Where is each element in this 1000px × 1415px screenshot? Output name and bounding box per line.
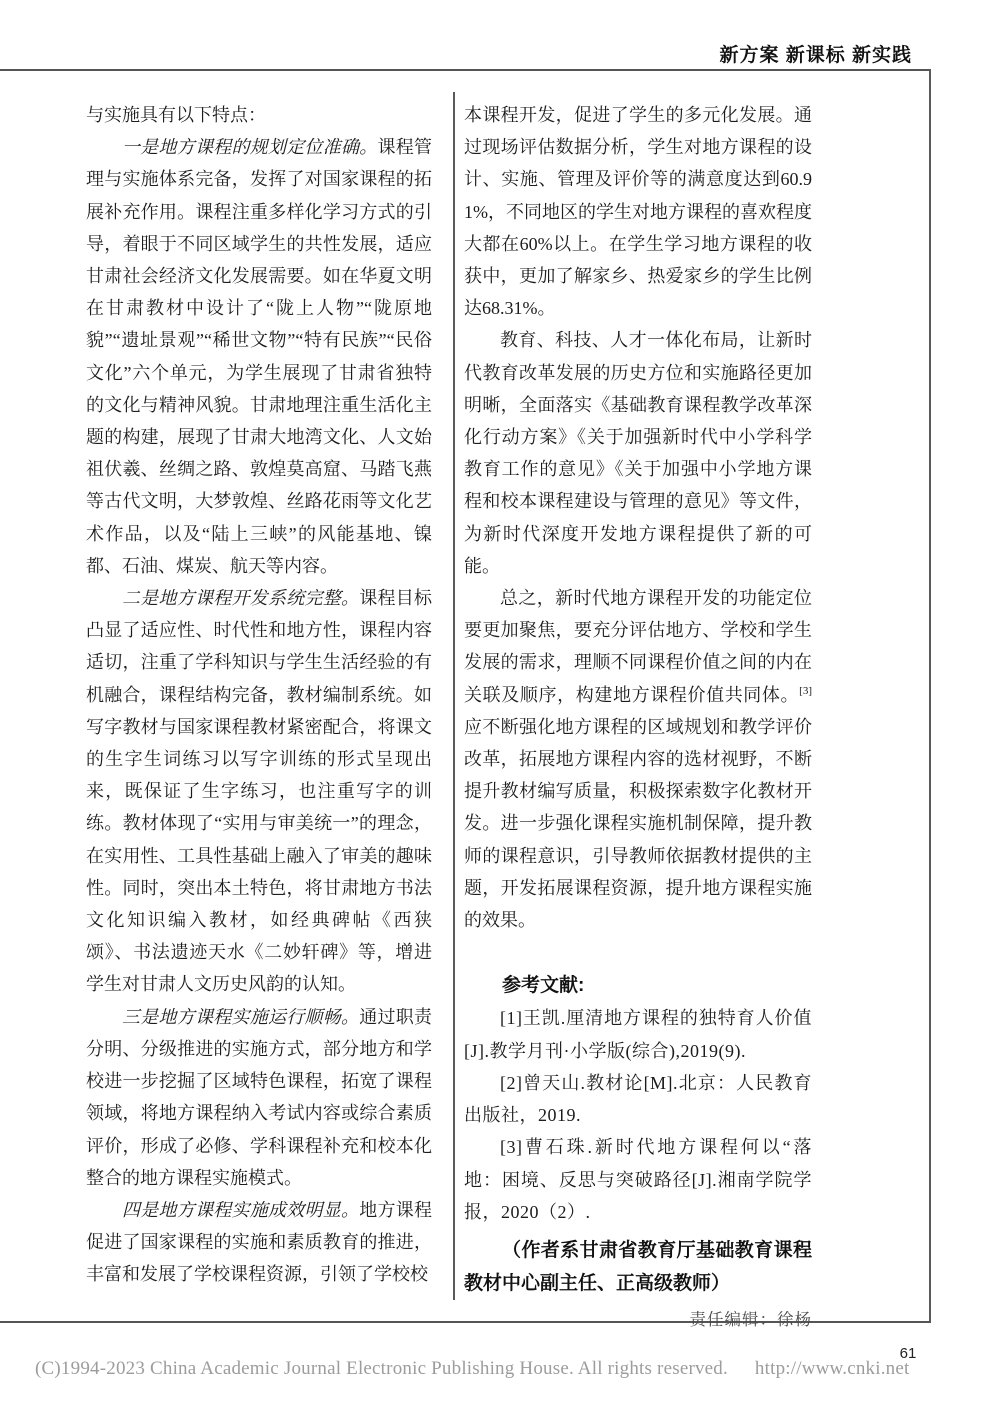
- right-border-rule: [929, 69, 931, 1323]
- text-segment: 应不断强化地方课程的区域规划和教学评价改革，拓展地方课程内容的选材视野，不断提升…: [464, 717, 812, 930]
- paragraph: 一是地方课程的规划定位准确。课程管理与实施体系完备，发挥了对国家课程的拓展补充作…: [86, 131, 432, 582]
- text-segment: 课程目标凸显了适应性、时代性和地方性，课程内容适切，注重了学科知识与学生生活经验…: [86, 588, 432, 994]
- footnote-marker: [3]: [799, 685, 812, 697]
- paragraph: 教育、科技、人才一体化布局，让新时代教育改革发展的历史方位和实施路径更加明晰，全…: [464, 324, 812, 582]
- left-column-paragraphs: 一是地方课程的规划定位准确。课程管理与实施体系完备，发挥了对国家课程的拓展补充作…: [86, 131, 432, 1290]
- text-segment: 总之，新时代地方课程开发的功能定位要更加聚焦，要充分评估地方、学校和学生发展的需…: [464, 588, 812, 705]
- text-segment: 本课程开发，促进了学生的多元化发展。通过现场评估数据分析，学生对地方课程的设计、…: [464, 105, 812, 318]
- references-list: [1]王凯.厘清地方课程的独特育人价值[J].教学月刊·小学版(综合),2019…: [464, 1002, 812, 1227]
- reference-item: [1]王凯.厘清地方课程的独特育人价值[J].教学月刊·小学版(综合),2019…: [464, 1002, 812, 1066]
- text-segment: 通过职责分明、分级推进的实施方式，部分地方和学校进一步挖掘了区域特色课程，拓宽了…: [86, 1007, 432, 1188]
- page-header-slogan: 新方案 新课标 新实践: [0, 40, 912, 67]
- continuation-line: 与实施具有以下特点：: [86, 99, 432, 131]
- text-segment: 二是地方课程开发系统完整。: [122, 588, 359, 608]
- references-title: 参考文献:: [464, 970, 812, 1002]
- text-segment: 教育、科技、人才一体化布局，让新时代教育改革发展的历史方位和实施路径更加明晰，全…: [464, 330, 812, 575]
- paragraph: 三是地方课程实施运行顺畅。通过职责分明、分级推进的实施方式，部分地方和学校进一步…: [86, 1001, 432, 1194]
- text-segment: 四是地方课程实施成效明显。: [122, 1200, 359, 1220]
- journal-page: 新方案 新课标 新实践 与实施具有以下特点： 一是地方课程的规划定位准确。课程管…: [0, 0, 1000, 1415]
- reference-item: [2]曾天山.教材论[M].北京：人民教育出版社，2019.: [464, 1067, 812, 1131]
- page-number: 61: [888, 1345, 928, 1362]
- text-segment: 一是地方课程的规划定位准确。: [122, 137, 378, 157]
- paragraph: 总之，新时代地方课程开发的功能定位要更加聚焦，要充分评估地方、学校和学生发展的需…: [464, 582, 812, 936]
- column-divider-rule: [453, 92, 455, 1300]
- right-column: 本课程开发，促进了学生的多元化发展。通过现场评估数据分析，学生对地方课程的设计、…: [464, 99, 812, 1336]
- paragraph: 本课程开发，促进了学生的多元化发展。通过现场评估数据分析，学生对地方课程的设计、…: [464, 99, 812, 324]
- paragraph: 四是地方课程实施成效明显。地方课程促进了国家课程的实施和素质教育的推进，丰富和发…: [86, 1194, 432, 1291]
- reference-item: [3]曹石珠.新时代地方课程何以“落地：困境、反思与突破路径[J].湘南学院学报…: [464, 1131, 812, 1228]
- author-note: （作者系甘肃省教育厅基础教育课程教材中心副主任、正高级教师）: [464, 1234, 812, 1300]
- editor-line: 责任编辑：徐杨: [464, 1304, 812, 1336]
- text-segment: 课程管理与实施体系完备，发挥了对国家课程的拓展补充作用。课程注重多样化学习方式的…: [86, 137, 432, 576]
- right-column-paragraphs: 本课程开发，促进了学生的多元化发展。通过现场评估数据分析，学生对地方课程的设计、…: [464, 99, 812, 936]
- copyright-text: (C)1994-2023 China Academic Journal Elec…: [35, 1358, 728, 1379]
- page-footer: (C)1994-2023 China Academic Journal Elec…: [35, 1358, 965, 1380]
- footer-url: http://www.cnki.net: [755, 1358, 910, 1379]
- text-segment: 三是地方课程实施运行顺畅。: [122, 1007, 359, 1027]
- left-column: 与实施具有以下特点： 一是地方课程的规划定位准确。课程管理与实施体系完备，发挥了…: [86, 99, 432, 1291]
- paragraph: 二是地方课程开发系统完整。课程目标凸显了适应性、时代性和地方性，课程内容适切，注…: [86, 582, 432, 1001]
- top-rule: [0, 69, 931, 71]
